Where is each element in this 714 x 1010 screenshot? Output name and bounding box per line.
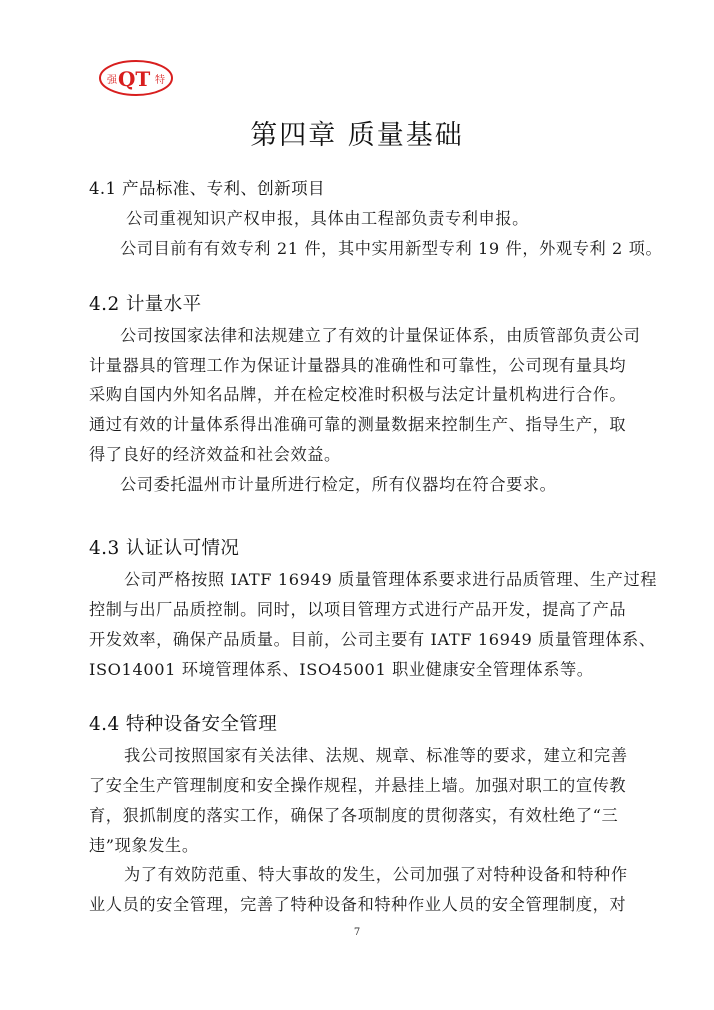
section-heading-4-3: 4.3 认证认可情况 bbox=[89, 534, 239, 560]
paragraph-line: 公司按国家法律和法规建立了有效的计量保证体系，由质管部负责公司 bbox=[120, 322, 640, 346]
paragraph-line: 开发效率，确保产品质量。目前，公司主要有 IATF 16949 质量管理体系、 bbox=[89, 626, 656, 650]
paragraph-line: 公司委托温州市计量所进行检定，所有仪器均在符合要求。 bbox=[120, 471, 556, 495]
paragraph-line: 采购自国内外知名品牌，并在检定校准时积极与法定计量机构进行合作。 bbox=[89, 381, 626, 405]
svg-text:QT: QT bbox=[118, 67, 150, 91]
paragraph-line: 控制与出厂品质控制。同时，以项目管理方式进行产品开发，提高了产品 bbox=[89, 596, 626, 620]
paragraph-line: 业人员的安全管理，完善了特种设备和特种作业人员的安全管理制度，对 bbox=[89, 891, 626, 915]
paragraph-line: 得了良好的经济效益和社会效益。 bbox=[89, 441, 341, 465]
paragraph-line: ISO14001 环境管理体系、ISO45001 职业健康安全管理体系等。 bbox=[89, 656, 594, 680]
paragraph-line: 违”现象发生。 bbox=[89, 832, 199, 856]
qt-logo-icon: 强 QT 特 bbox=[98, 58, 174, 98]
svg-text:特: 特 bbox=[155, 73, 165, 86]
paragraph-line: 公司严格按照 IATF 16949 质量管理体系要求进行品质管理、生产过程 bbox=[124, 566, 657, 590]
paragraph-line: 计量器具的管理工作为保证计量器具的准确性和可靠性，公司现有量具均 bbox=[89, 352, 626, 376]
paragraph-line: 公司重视知识产权申报，具体由工程部负责专利申报。 bbox=[126, 205, 529, 229]
paragraph-line: 了安全生产管理制度和安全操作规程，并悬挂上墙。加强对职工的宣传教 bbox=[89, 772, 626, 796]
section-heading-4-1: 4.1 产品标准、专利、创新项目 bbox=[89, 175, 325, 199]
page-number: 7 bbox=[0, 927, 714, 938]
paragraph-line: 我公司按照国家有关法律、法规、规章、标准等的要求，建立和完善 bbox=[124, 742, 628, 766]
section-heading-4-2: 4.2 计量水平 bbox=[89, 290, 202, 316]
paragraph-line: 为了有效防范重、特大事故的发生，公司加强了对特种设备和特种作 bbox=[124, 861, 628, 885]
company-logo: 强 QT 特 bbox=[98, 58, 174, 98]
paragraph-line: 育，狠抓制度的落实工作，确保了各项制度的贯彻落实，有效杜绝了“三 bbox=[89, 802, 618, 826]
paragraph-line: 通过有效的计量体系得出准确可靠的测量数据来控制生产、指导生产，取 bbox=[89, 411, 626, 435]
section-heading-4-4: 4.4 特种设备安全管理 bbox=[89, 710, 277, 736]
chapter-title: 第四章 质量基础 bbox=[0, 113, 714, 152]
paragraph-line: 公司目前有有效专利 21 件，其中实用新型专利 19 件，外观专利 2 项。 bbox=[120, 235, 662, 259]
svg-text:强: 强 bbox=[107, 74, 118, 86]
